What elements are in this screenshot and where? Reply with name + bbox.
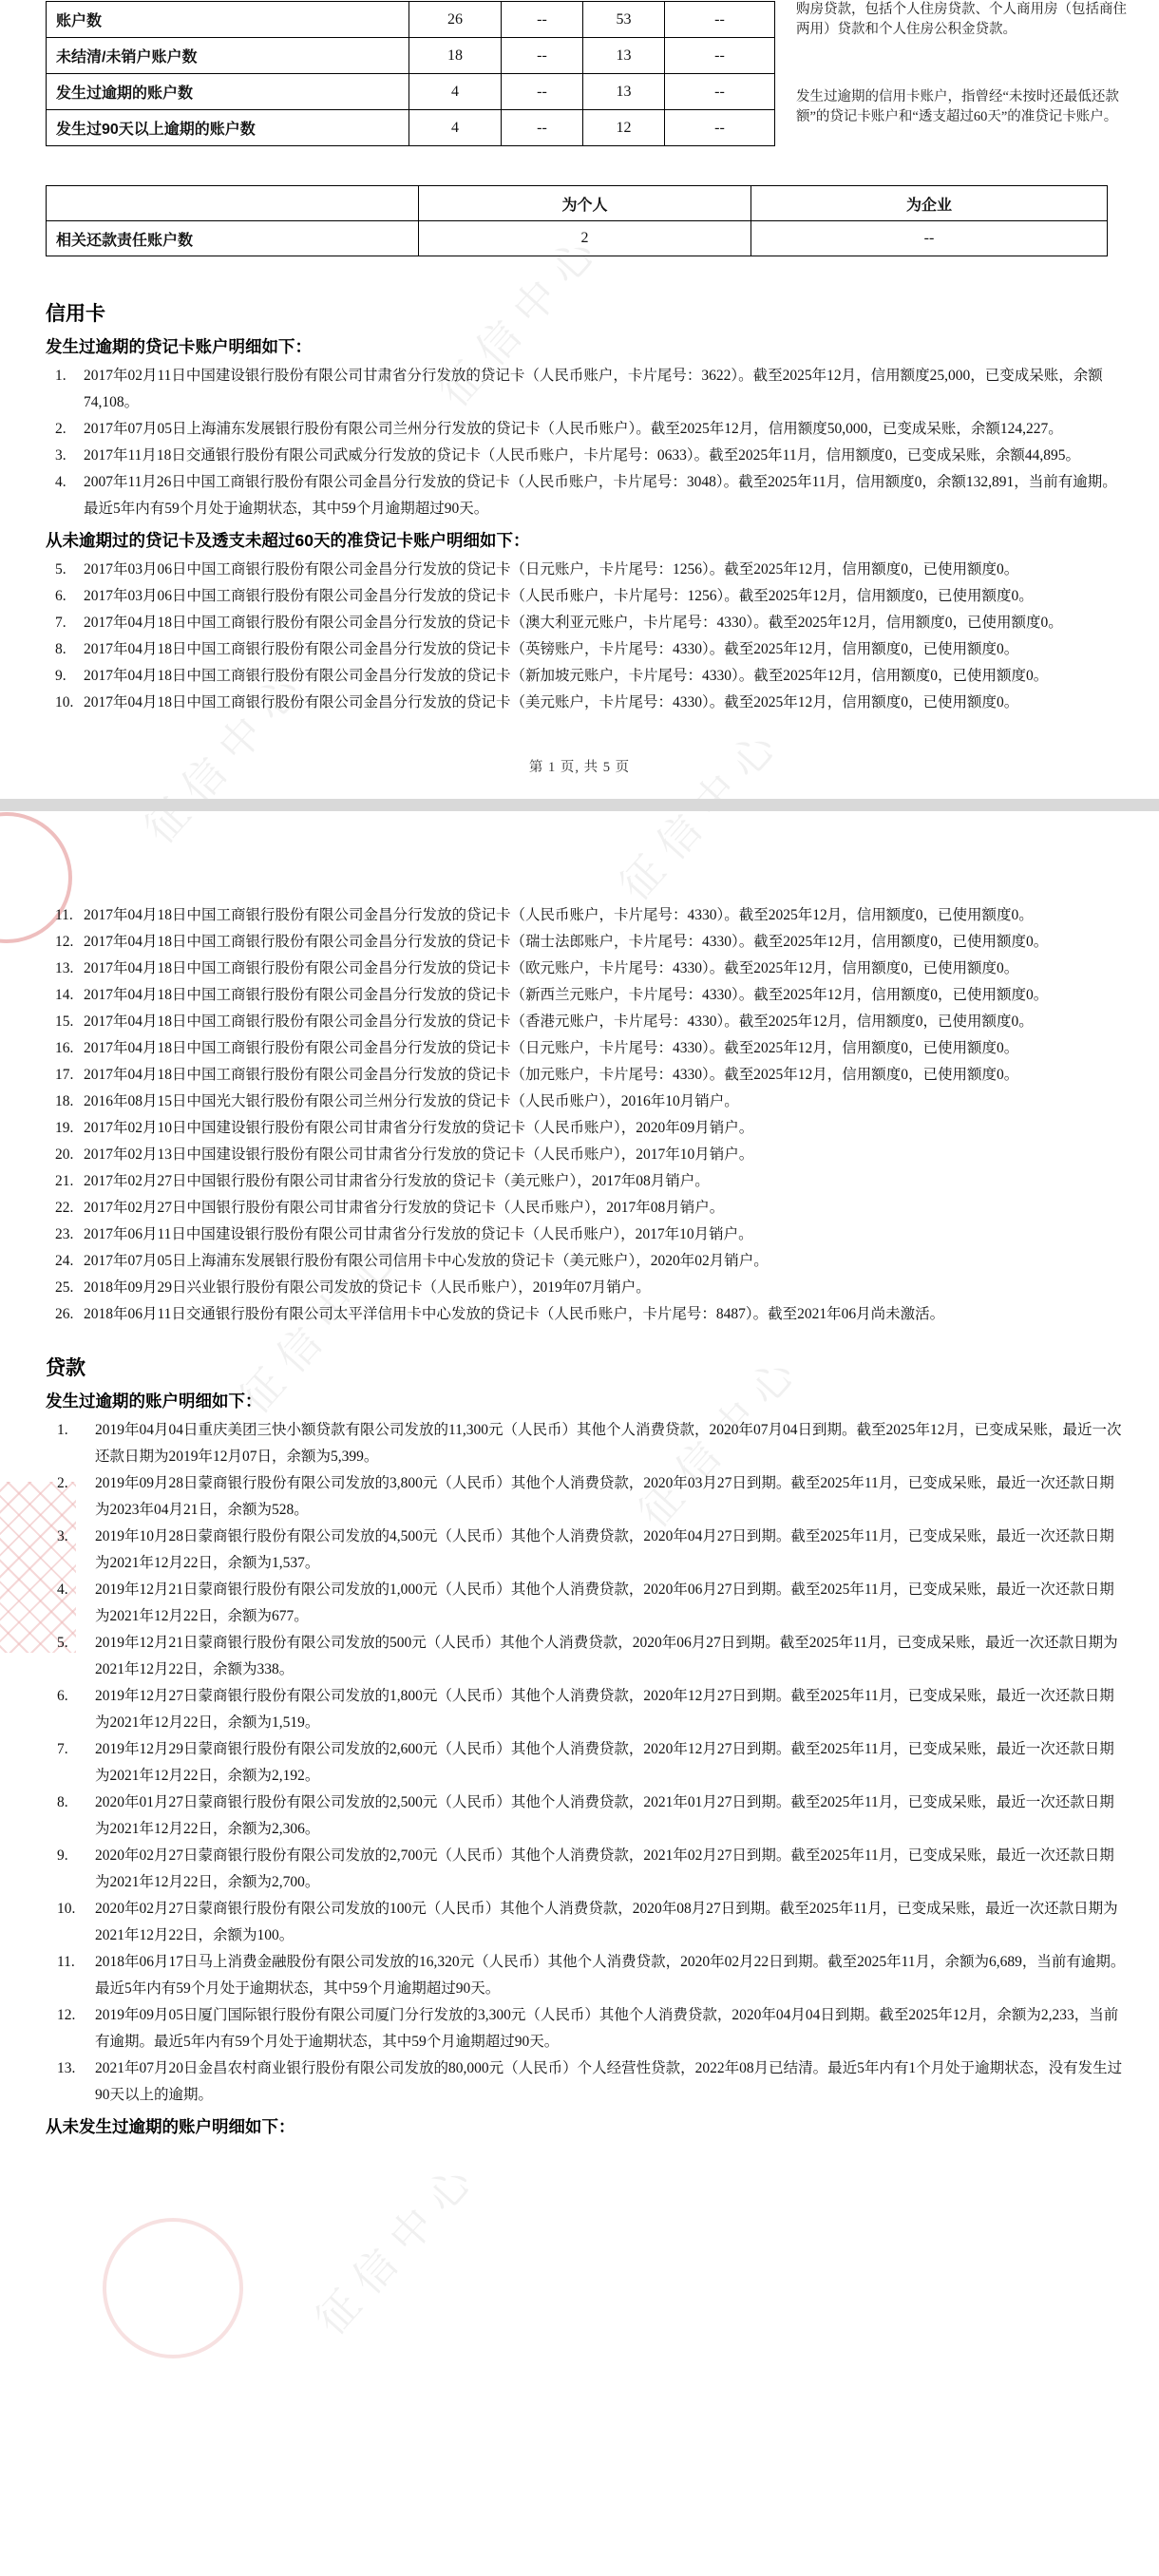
repayment-responsibility-table: 为个人 为企业 相关还款责任账户数 2 --	[46, 185, 1108, 256]
list-item: 21. 2017年02月27日中国银行股份有限公司甘肃省分行发放的贷记卡（美元账…	[46, 1168, 1129, 1195]
item-text: 2017年02月11日中国建设银行股份有限公司甘肃省分行发放的贷记卡（人民币账户…	[84, 368, 1103, 410]
item-text: 2017年04月18日中国工商银行股份有限公司金昌分行发放的贷记卡（澳大利亚元账…	[84, 615, 1063, 631]
item-text: 2007年11月26日中国工商银行股份有限公司金昌分行发放的贷记卡（人民币账户，…	[84, 474, 1117, 517]
item-text: 2017年04月18日中国工商银行股份有限公司金昌分行发放的贷记卡（新加坡元账户…	[84, 668, 1048, 684]
item-number: 18.	[55, 1089, 73, 1115]
item-number: 10.	[57, 1896, 75, 1923]
list-item: 2. 2017年07月05日上海浦东发展银行股份有限公司兰州分行发放的贷记卡（人…	[46, 416, 1129, 443]
item-number: 7.	[57, 1736, 68, 1763]
cell-value: 13	[583, 38, 665, 74]
item-text: 2018年06月17日马上消费金融股份有限公司发放的16,320元（人民币）其他…	[95, 1954, 1125, 1997]
list-item: 12. 2019年09月05日厦门国际银行股份有限公司厦门分行发放的3,300元…	[46, 2002, 1129, 2055]
item-number: 19.	[55, 1115, 73, 1142]
item-text: 2017年04月18日中国工商银行股份有限公司金昌分行发放的贷记卡（欧元账户，卡…	[84, 960, 1018, 976]
item-text: 2016年08月15日中国光大银行股份有限公司兰州分行发放的贷记卡（人民币账户）…	[84, 1093, 739, 1109]
item-text: 2017年04月18日中国工商银行股份有限公司金昌分行发放的贷记卡（加元账户，卡…	[84, 1067, 1018, 1083]
list-item: 14. 2017年04月18日中国工商银行股份有限公司金昌分行发放的贷记卡（新西…	[46, 982, 1129, 1009]
list-item: 18. 2016年08月15日中国光大银行股份有限公司兰州分行发放的贷记卡（人民…	[46, 1089, 1129, 1115]
item-text: 2017年07月05日上海浦东发展银行股份有限公司兰州分行发放的贷记卡（人民币账…	[84, 421, 1063, 437]
item-text: 2017年02月27日中国银行股份有限公司甘肃省分行发放的贷记卡（人民币账户），…	[84, 1200, 724, 1216]
page2-top-margin	[0, 811, 1159, 899]
item-number: 6.	[55, 583, 66, 610]
item-text: 2019年12月27日蒙商银行股份有限公司发放的1,800元（人民币）其他个人消…	[95, 1688, 1114, 1731]
item-text: 2017年06月11日中国建设银行股份有限公司甘肃省分行发放的贷记卡（人民币账户…	[84, 1226, 753, 1242]
cell-value: --	[502, 74, 583, 110]
list-item: 1. 2017年02月11日中国建设银行股份有限公司甘肃省分行发放的贷记卡（人民…	[46, 363, 1129, 416]
cell-value: --	[502, 110, 583, 146]
list-item: 15. 2017年04月18日中国工商银行股份有限公司金昌分行发放的贷记卡（香港…	[46, 1009, 1129, 1035]
list-item: 9. 2017年04月18日中国工商银行股份有限公司金昌分行发放的贷记卡（新加坡…	[46, 663, 1129, 690]
item-text: 2019年10月28日蒙商银行股份有限公司发放的4,500元（人民币）其他个人消…	[95, 1528, 1114, 1571]
row-label: 发生过逾期的账户数	[47, 74, 409, 110]
item-text: 2017年04月18日中国工商银行股份有限公司金昌分行发放的贷记卡（人民币账户，…	[84, 907, 1034, 923]
cell-value: 4	[409, 74, 502, 110]
item-number: 9.	[55, 663, 66, 690]
item-number: 14.	[55, 982, 73, 1009]
list-item: 11. 2018年06月17日马上消费金融股份有限公司发放的16,320元（人民…	[46, 1949, 1129, 2002]
table-row: 发生过90天以上逾期的账户数 4 -- 12 --	[47, 110, 775, 146]
cell-value: 4	[409, 110, 502, 146]
item-number: 17.	[55, 1062, 73, 1089]
item-number: 8.	[55, 636, 66, 663]
list-item: 4. 2007年11月26日中国工商银行股份有限公司金昌分行发放的贷记卡（人民币…	[46, 469, 1129, 522]
item-number: 2.	[55, 416, 66, 443]
item-text: 2017年02月27日中国银行股份有限公司甘肃省分行发放的贷记卡（美元账户），2…	[84, 1173, 710, 1189]
item-text: 2017年04月18日中国工商银行股份有限公司金昌分行发放的贷记卡（美元账户，卡…	[84, 694, 1018, 710]
item-text: 2019年12月21日蒙商银行股份有限公司发放的1,000元（人民币）其他个人消…	[95, 1582, 1114, 1624]
overdue-card-list: 1. 2017年02月11日中国建设银行股份有限公司甘肃省分行发放的贷记卡（人民…	[46, 363, 1129, 522]
list-item: 7. 2017年04月18日中国工商银行股份有限公司金昌分行发放的贷记卡（澳大利…	[46, 610, 1129, 636]
cell-value: 12	[583, 110, 665, 146]
item-number: 16.	[55, 1035, 73, 1062]
list-item: 8. 2020年01月27日蒙商银行股份有限公司发放的2,500元（人民币）其他…	[46, 1790, 1129, 1843]
list-item: 24. 2017年07月05日上海浦东发展银行股份有限公司信用卡中心发放的贷记卡…	[46, 1248, 1129, 1275]
empty-header-cell	[47, 186, 419, 221]
cell-value: --	[751, 221, 1108, 256]
row-label: 相关还款责任账户数	[47, 221, 419, 256]
list-item: 10. 2017年04月18日中国工商银行股份有限公司金昌分行发放的贷记卡（美元…	[46, 690, 1129, 716]
item-number: 3.	[55, 443, 66, 469]
item-text: 2017年04月18日中国工商银行股份有限公司金昌分行发放的贷记卡（香港元账户，…	[84, 1013, 1034, 1030]
item-number: 13.	[55, 956, 73, 982]
subsection-never-overdue-cards-heading: 从未逾期过的贷记卡及透支未超过60天的准贷记卡账户明细如下：	[46, 528, 1159, 553]
list-item: 16. 2017年04月18日中国工商银行股份有限公司金昌分行发放的贷记卡（日元…	[46, 1035, 1129, 1062]
item-text: 2019年12月21日蒙商银行股份有限公司发放的500元（人民币）其他个人消费贷…	[95, 1635, 1118, 1677]
subsection-overdue-cards-heading: 发生过逾期的贷记卡账户明细如下：	[46, 334, 1159, 359]
never-overdue-card-list-page2: 11. 2017年04月18日中国工商银行股份有限公司金昌分行发放的贷记卡（人民…	[46, 902, 1129, 1328]
list-item: 4. 2019年12月21日蒙商银行股份有限公司发放的1,000元（人民币）其他…	[46, 1577, 1129, 1630]
item-number: 21.	[55, 1168, 73, 1195]
list-item: 22. 2017年02月27日中国银行股份有限公司甘肃省分行发放的贷记卡（人民币…	[46, 1195, 1129, 1222]
item-text: 2017年03月06日中国工商银行股份有限公司金昌分行发放的贷记卡（人民币账户，…	[84, 588, 1034, 604]
item-text: 2017年02月13日中国建设银行股份有限公司甘肃省分行发放的贷记卡（人民币账户…	[84, 1146, 753, 1163]
row-label: 发生过90天以上逾期的账户数	[47, 110, 409, 146]
item-text: 2019年09月28日蒙商银行股份有限公司发放的3,800元（人民币）其他个人消…	[95, 1475, 1114, 1518]
list-item: 5. 2019年12月21日蒙商银行股份有限公司发放的500元（人民币）其他个人…	[46, 1630, 1129, 1683]
item-text: 2017年07月05日上海浦东发展银行股份有限公司信用卡中心发放的贷记卡（美元账…	[84, 1253, 769, 1269]
cell-value: --	[665, 74, 775, 110]
item-number: 20.	[55, 1142, 73, 1168]
column-header-personal: 为个人	[419, 186, 751, 221]
item-number: 9.	[57, 1843, 68, 1869]
item-number: 10.	[55, 690, 73, 716]
item-text: 2017年02月10日中国建设银行股份有限公司甘肃省分行发放的贷记卡（人民币账户…	[84, 1120, 753, 1136]
item-text: 2017年03月06日中国工商银行股份有限公司金昌分行发放的贷记卡（日元账户，卡…	[84, 561, 1018, 578]
list-item: 13. 2021年07月20日金昌农村商业银行股份有限公司发放的80,000元（…	[46, 2055, 1129, 2109]
item-number: 25.	[55, 1275, 73, 1301]
item-text: 2021年07月20日金昌农村商业银行股份有限公司发放的80,000元（人民币）…	[95, 2060, 1122, 2103]
row-label: 未结清/未销户账户数	[47, 38, 409, 74]
item-number: 11.	[57, 1949, 75, 1976]
item-text: 2017年04月18日中国工商银行股份有限公司金昌分行发放的贷记卡（英镑账户，卡…	[84, 641, 1018, 657]
list-item: 25. 2018年09月29日兴业银行股份有限公司发放的贷记卡（人民币账户），2…	[46, 1275, 1129, 1301]
item-number: 4.	[57, 1577, 68, 1603]
item-number: 1.	[55, 363, 66, 389]
item-number: 12.	[57, 2002, 75, 2029]
cell-value: 18	[409, 38, 502, 74]
item-number: 5.	[57, 1630, 68, 1657]
list-item: 8. 2017年04月18日中国工商银行股份有限公司金昌分行发放的贷记卡（英镑账…	[46, 636, 1129, 663]
item-text: 2017年04月18日中国工商银行股份有限公司金昌分行发放的贷记卡（日元账户，卡…	[84, 1040, 1018, 1056]
list-item: 26. 2018年06月11日交通银行股份有限公司太平洋信用卡中心发放的贷记卡（…	[46, 1301, 1129, 1328]
item-number: 24.	[55, 1248, 73, 1275]
row-label: 账户数	[47, 2, 409, 38]
item-number: 3.	[57, 1524, 68, 1550]
item-text: 2019年04月04日重庆美团三快小额贷款有限公司发放的11,300元（人民币）…	[95, 1422, 1122, 1465]
list-item: 6. 2017年03月06日中国工商银行股份有限公司金昌分行发放的贷记卡（人民币…	[46, 583, 1129, 610]
cell-value: --	[665, 110, 775, 146]
list-item: 5. 2017年03月06日中国工商银行股份有限公司金昌分行发放的贷记卡（日元账…	[46, 557, 1129, 583]
item-number: 13.	[57, 2055, 75, 2082]
cell-value: 53	[583, 2, 665, 38]
item-number: 6.	[57, 1683, 68, 1710]
item-text: 2018年06月11日交通银行股份有限公司太平洋信用卡中心发放的贷记卡（人民币账…	[84, 1306, 944, 1322]
table-row: 未结清/未销户账户数 18 -- 13 --	[47, 38, 775, 74]
item-text: 2017年04月18日中国工商银行股份有限公司金昌分行发放的贷记卡（新西兰元账户…	[84, 987, 1048, 1003]
section-title-loan: 贷款	[46, 1354, 1159, 1383]
account-summary-table: 账户数 26 -- 53 -- 未结清/未销户账户数 18 -- 13 --	[46, 1, 775, 146]
credit-report-document: 征信中心 征信中心 征信中心 征信中心 征信中心 征信中心 账户数 26 -- …	[0, 0, 1159, 2576]
page-break-divider	[0, 799, 1159, 811]
table-row: 账户数 26 -- 53 --	[47, 2, 775, 38]
subsection-overdue-loans-heading: 发生过逾期的账户明细如下：	[46, 1389, 1159, 1413]
cell-value: --	[502, 38, 583, 74]
list-item: 10. 2020年02月27日蒙商银行股份有限公司发放的100元（人民币）其他个…	[46, 1896, 1129, 1949]
list-item: 20. 2017年02月13日中国建设银行股份有限公司甘肃省分行发放的贷记卡（人…	[46, 1142, 1129, 1168]
page-number-footer: 第 1 页, 共 5 页	[0, 756, 1159, 776]
list-item: 3. 2017年11月18日交通银行股份有限公司武威分行发放的贷记卡（人民币账户…	[46, 443, 1129, 469]
item-text: 2019年09月05日厦门国际银行股份有限公司厦门分行发放的3,300元（人民币…	[95, 2007, 1118, 2050]
item-number: 11.	[55, 902, 73, 929]
subsection-never-overdue-loans-heading: 从未发生过逾期的账户明细如下：	[46, 2114, 1159, 2139]
list-item: 7. 2019年12月29日蒙商银行股份有限公司发放的2,600元（人民币）其他…	[46, 1736, 1129, 1790]
list-item: 12. 2017年04月18日中国工商银行股份有限公司金昌分行发放的贷记卡（瑞士…	[46, 929, 1129, 956]
item-number: 23.	[55, 1222, 73, 1248]
item-number: 22.	[55, 1195, 73, 1222]
item-number: 1.	[57, 1417, 68, 1444]
item-number: 5.	[55, 557, 66, 583]
text-watermark: 征信中心	[299, 2141, 492, 2345]
item-number: 2.	[57, 1470, 68, 1497]
never-overdue-card-list-page1: 5. 2017年03月06日中国工商银行股份有限公司金昌分行发放的贷记卡（日元账…	[46, 557, 1129, 716]
item-number: 15.	[55, 1009, 73, 1035]
overdue-loan-list: 1. 2019年04月04日重庆美团三快小额贷款有限公司发放的11,300元（人…	[46, 1417, 1129, 2109]
cell-value: 13	[583, 74, 665, 110]
item-number: 26.	[55, 1301, 73, 1328]
note-overdue-card: 发生过逾期的信用卡账户，指曾经“未按时还最低还款额”的贷记卡账户和“透支超过60…	[796, 87, 1138, 127]
summary-table-area: 账户数 26 -- 53 -- 未结清/未销户账户数 18 -- 13 --	[46, 0, 1159, 146]
cell-value: --	[665, 2, 775, 38]
cell-value: --	[502, 2, 583, 38]
list-item: 1. 2019年04月04日重庆美团三快小额贷款有限公司发放的11,300元（人…	[46, 1417, 1129, 1470]
list-item: 17. 2017年04月18日中国工商银行股份有限公司金昌分行发放的贷记卡（加元…	[46, 1062, 1129, 1089]
table-header-row: 为个人 为企业	[47, 186, 1108, 221]
list-item: 23. 2017年06月11日中国建设银行股份有限公司甘肃省分行发放的贷记卡（人…	[46, 1222, 1129, 1248]
note-housing-loan: 购房贷款，包括个人住房贷款、个人商用房（包括商住两用）贷款和个人住房公积金贷款。	[796, 0, 1138, 40]
cell-value: 2	[419, 221, 751, 256]
table-row: 相关还款责任账户数 2 --	[47, 221, 1108, 256]
item-number: 8.	[57, 1790, 68, 1816]
column-header-enterprise: 为企业	[751, 186, 1108, 221]
item-number: 4.	[55, 469, 66, 496]
list-item: 3. 2019年10月28日蒙商银行股份有限公司发放的4,500元（人民币）其他…	[46, 1524, 1129, 1577]
item-text: 2017年11月18日交通银行股份有限公司武威分行发放的贷记卡（人民币账户，卡片…	[84, 447, 1080, 464]
list-item: 6. 2019年12月27日蒙商银行股份有限公司发放的1,800元（人民币）其他…	[46, 1683, 1129, 1736]
table-row: 发生过逾期的账户数 4 -- 13 --	[47, 74, 775, 110]
cell-value: --	[665, 38, 775, 74]
item-text: 2019年12月29日蒙商银行股份有限公司发放的2,600元（人民币）其他个人消…	[95, 1741, 1114, 1784]
list-item: 9. 2020年02月27日蒙商银行股份有限公司发放的2,700元（人民币）其他…	[46, 1843, 1129, 1896]
red-seal-icon	[103, 2218, 243, 2358]
item-text: 2020年01月27日蒙商银行股份有限公司发放的2,500元（人民币）其他个人消…	[95, 1794, 1114, 1837]
list-item: 13. 2017年04月18日中国工商银行股份有限公司金昌分行发放的贷记卡（欧元…	[46, 956, 1129, 982]
item-text: 2017年04月18日中国工商银行股份有限公司金昌分行发放的贷记卡（瑞士法郎账户…	[84, 934, 1048, 950]
list-item: 2. 2019年09月28日蒙商银行股份有限公司发放的3,800元（人民币）其他…	[46, 1470, 1129, 1524]
list-item: 11. 2017年04月18日中国工商银行股份有限公司金昌分行发放的贷记卡（人民…	[46, 902, 1129, 929]
item-number: 12.	[55, 929, 73, 956]
item-text: 2020年02月27日蒙商银行股份有限公司发放的2,700元（人民币）其他个人消…	[95, 1847, 1114, 1890]
item-text: 2020年02月27日蒙商银行股份有限公司发放的100元（人民币）其他个人消费贷…	[95, 1901, 1118, 1943]
list-item: 19. 2017年02月10日中国建设银行股份有限公司甘肃省分行发放的贷记卡（人…	[46, 1115, 1129, 1142]
cell-value: 26	[409, 2, 502, 38]
item-text: 2018年09月29日兴业银行股份有限公司发放的贷记卡（人民币账户），2019年…	[84, 1279, 651, 1296]
section-title-credit-card: 信用卡	[46, 300, 1159, 329]
item-number: 7.	[55, 610, 66, 636]
